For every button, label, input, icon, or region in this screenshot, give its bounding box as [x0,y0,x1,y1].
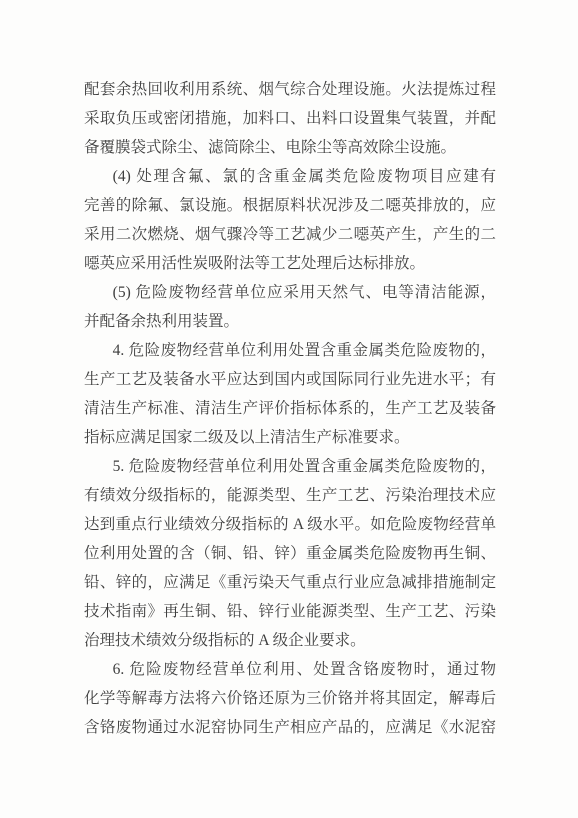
document-line: 6. 危险废物经营单位利用、处置含铬废物时，通过物理、 [84,655,496,684]
document-line: 噁英应采用活性炭吸附法等工艺处理后达标排放。 [84,249,496,278]
document-line: 铅、锌的，应满足《重污染天气重点行业应急减排措施制定 [84,568,496,597]
document-line: 清洁生产标准、清洁生产评价指标体系的，生产工艺及装备 [84,394,496,423]
document-line: 生产工艺及装备水平应达到国内或国际同行业先进水平；有 [84,365,496,394]
document-line: 完善的除氟、氯设施。根据原料状况涉及二噁英排放的，应 [84,191,496,220]
document-line: 技术指南》再生铜、铅、锌行业能源类型、生产工艺、污染 [84,597,496,626]
document-line: 采取负压或密闭措施，加料口、出料口设置集气装置，并配 [84,104,496,133]
document-line: (4) 处理含氟、氯的含重金属类危险废物项目应建有 [84,162,496,191]
document-line: 采用二次燃烧、烟气骤冷等工艺减少二噁英产生，产生的二 [84,220,496,249]
document-line: 化学等解毒方法将六价铬还原为三价铬并将其固定，解毒后 [84,684,496,713]
document-line: 4. 危险废物经营单位利用处置含重金属类危险废物的， [84,336,496,365]
document-line: 达到重点行业绩效分级指标的 A 级水平。如危险废物经营单 [84,510,496,539]
document-line: (5) 危险废物经营单位应采用天然气、电等清洁能源， [84,278,496,307]
document-line: 并配备余热利用装置。 [84,307,496,336]
document-text-block: 配套余热回收利用系统、烟气综合处理设施。火法提炼过程采取负压或密闭措施，加料口、… [84,75,496,742]
document-line: 有绩效分级指标的，能源类型、生产工艺、污染治理技术应 [84,481,496,510]
document-line: 配套余热回收利用系统、烟气综合处理设施。火法提炼过程 [84,75,496,104]
document-line: 治理技术绩效分级指标的 A 级企业要求。 [84,626,496,655]
document-line: 含铬废物通过水泥窑协同生产相应产品的，应满足《水泥窑 [84,713,496,742]
document-line: 5. 危险废物经营单位利用处置含重金属类危险废物的， [84,452,496,481]
document-line: 位利用处置的含（铜、铅、锌）重金属类危险废物再生铜、 [84,539,496,568]
document-page: 配套余热回收利用系统、烟气综合处理设施。火法提炼过程采取负压或密闭措施，加料口、… [0,0,578,818]
document-line: 指标应满足国家二级及以上清洁生产标准要求。 [84,423,496,452]
document-line: 备覆膜袋式除尘、滤筒除尘、电除尘等高效除尘设施。 [84,133,496,162]
